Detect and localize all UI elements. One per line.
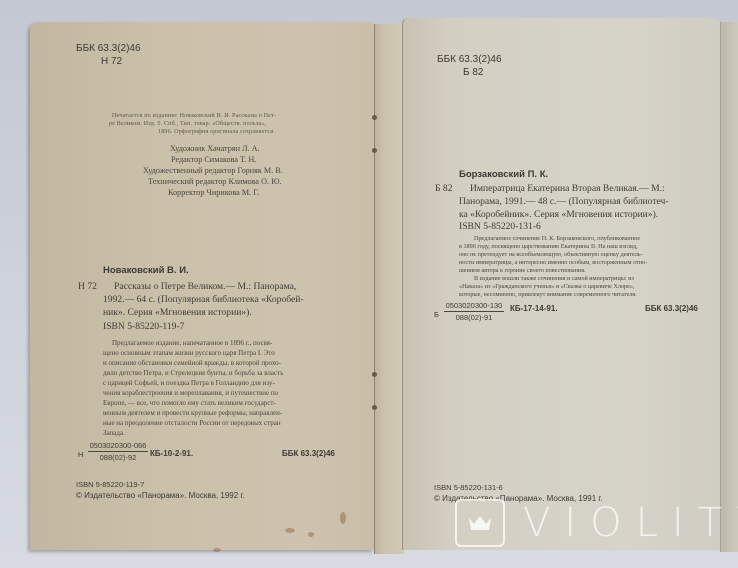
binding-stitch (372, 405, 377, 410)
binding-stitch (372, 372, 377, 377)
crown-icon (467, 514, 493, 532)
reprint-note-line: 1896. Орфография оригинала сохраняется. (158, 129, 275, 135)
annotation-line: «Наказа» из «Гражданского ученья» и «Ска… (459, 284, 635, 290)
annotation-line: Предлагаемое издание, напечатанное в 189… (112, 340, 272, 347)
annotation-line: шением автора к героине своего повествов… (459, 268, 586, 274)
credit-line: Художник Хачатрян Л. А. (170, 145, 260, 153)
annotation-line: чения кораблестроения и мореплавания, и … (103, 390, 278, 397)
author-mark: Н 72 (101, 57, 122, 67)
kb-code: КБ-17-14-91. (510, 305, 558, 313)
reprint-note-line: Печатается по изданию: Новаковский В. И.… (112, 113, 276, 119)
paper-stain (285, 528, 295, 533)
index-fraction: 0503020300-130 088(02)-91 (444, 301, 504, 322)
bbk-bottom: ББК 63.3(2)46 (282, 450, 335, 458)
watermark-text: VIOLITY (523, 500, 738, 546)
index-letter: Б (434, 311, 439, 319)
reprint-note-line: ре Великом. Изд. 5. Спб., Тип. товар. «О… (109, 121, 266, 127)
paper-stain (213, 548, 221, 552)
catalog-entry-line: ник». Серия «Мгновения истории»). (103, 308, 252, 318)
copyright: © Издательство «Панорама». Москва, 1992 … (76, 492, 245, 500)
credit-line: Технический редактор Климова О. Ю. (148, 178, 282, 186)
isbn: ISBN 5-85220-119-7 (103, 322, 184, 332)
annotation-line: в 1896 году, посвящено царствованию Екат… (459, 244, 638, 250)
annotation-line: дило детство Петра, и Стрелецкие бунты, … (103, 370, 283, 377)
catalog-entry-line: 1992.— 64 с. (Популярная библиотека «Кор… (103, 295, 304, 305)
paper-stain (340, 512, 346, 524)
annotation-line: ности императрицы, а интересно именно ос… (459, 260, 647, 266)
annotation-line: Предлагаемое сочинение П. К. Борзаковско… (474, 236, 640, 242)
index-denominator: 088(02)-92 (88, 452, 148, 462)
index-letter: Н (78, 451, 83, 459)
annotation-line: венным деятелем и провести крупные рефор… (103, 410, 282, 417)
catalog-entry-line: Рассказы о Петре Великом.— М.: Панорама, (114, 282, 296, 292)
catalog-mark: Н 72 (78, 282, 97, 292)
catalog-entry-line: Императрица Екатерина Вторая Великая.— М… (470, 184, 665, 194)
footer-isbn: ISBN 5-85220-131-6 (434, 484, 503, 492)
kb-code: КБ-10-2-91. (150, 450, 193, 458)
index-denominator: 088(02)-91 (444, 312, 504, 322)
isbn: ISBN 5-85220-131-6 (459, 222, 541, 232)
book-spine (374, 24, 404, 554)
catalog-entry-line: Панорама, 1991.— 48 с.— (Популярная библ… (459, 197, 669, 207)
annotation-line: щено основным этапам жизни русского царя… (103, 350, 275, 357)
catalog-entry-line: ка «Коробейник». Серия «Мгновения истори… (459, 210, 658, 220)
catalog-author: Борзаковский П. К. (459, 170, 548, 180)
credit-line: Редактор Симакова Т. Н. (171, 156, 256, 164)
watermark: VIOLITY (455, 498, 738, 548)
index-numerator: 0503020300-130 (444, 301, 504, 312)
footer-isbn: ISBN 5-85220-119-7 (76, 481, 144, 489)
annotation-line: В издание вошли также сочинения и самой … (474, 276, 634, 282)
author-mark: Б 82 (463, 68, 483, 78)
annotation-line: Запада. (103, 430, 125, 437)
credit-line: Корректор Чирикова М. Г. (168, 189, 259, 197)
annotation-line: ные на преодоление отсталости России от … (103, 420, 281, 427)
annotation-line: которые, несомненно, привлекут внимание … (459, 292, 637, 298)
binding-stitch (372, 148, 377, 153)
binding-stitch (372, 115, 377, 120)
index-numerator: 0503020300-066 (88, 441, 148, 452)
bbk-code: ББК 63.3(2)46 (437, 55, 502, 65)
index-fraction: 0503020300-066 088(02)-92 (88, 441, 148, 462)
right-page-edge (720, 22, 738, 552)
annotation-line: оно не претендует на всеобъемлющую, объе… (459, 252, 643, 258)
annotation-line: Европе, — все, что помогло ему стать вел… (103, 400, 276, 407)
bbk-bottom: ББК 63.3(2)46 (645, 305, 698, 313)
annotation-line: и описание обстановки семейной вражды, в… (103, 360, 281, 367)
bbk-code: ББК 63.3(2)46 (76, 44, 141, 54)
watermark-logo (455, 499, 505, 547)
catalog-author: Новаковский В. И. (103, 266, 189, 276)
annotation-line: с царицей Софьей, и поездка Петра в Голл… (103, 380, 275, 387)
credit-line: Художественный редактор Горняк М. В. (143, 167, 283, 175)
paper-stain (308, 532, 314, 537)
catalog-mark: Б 82 (435, 184, 453, 194)
